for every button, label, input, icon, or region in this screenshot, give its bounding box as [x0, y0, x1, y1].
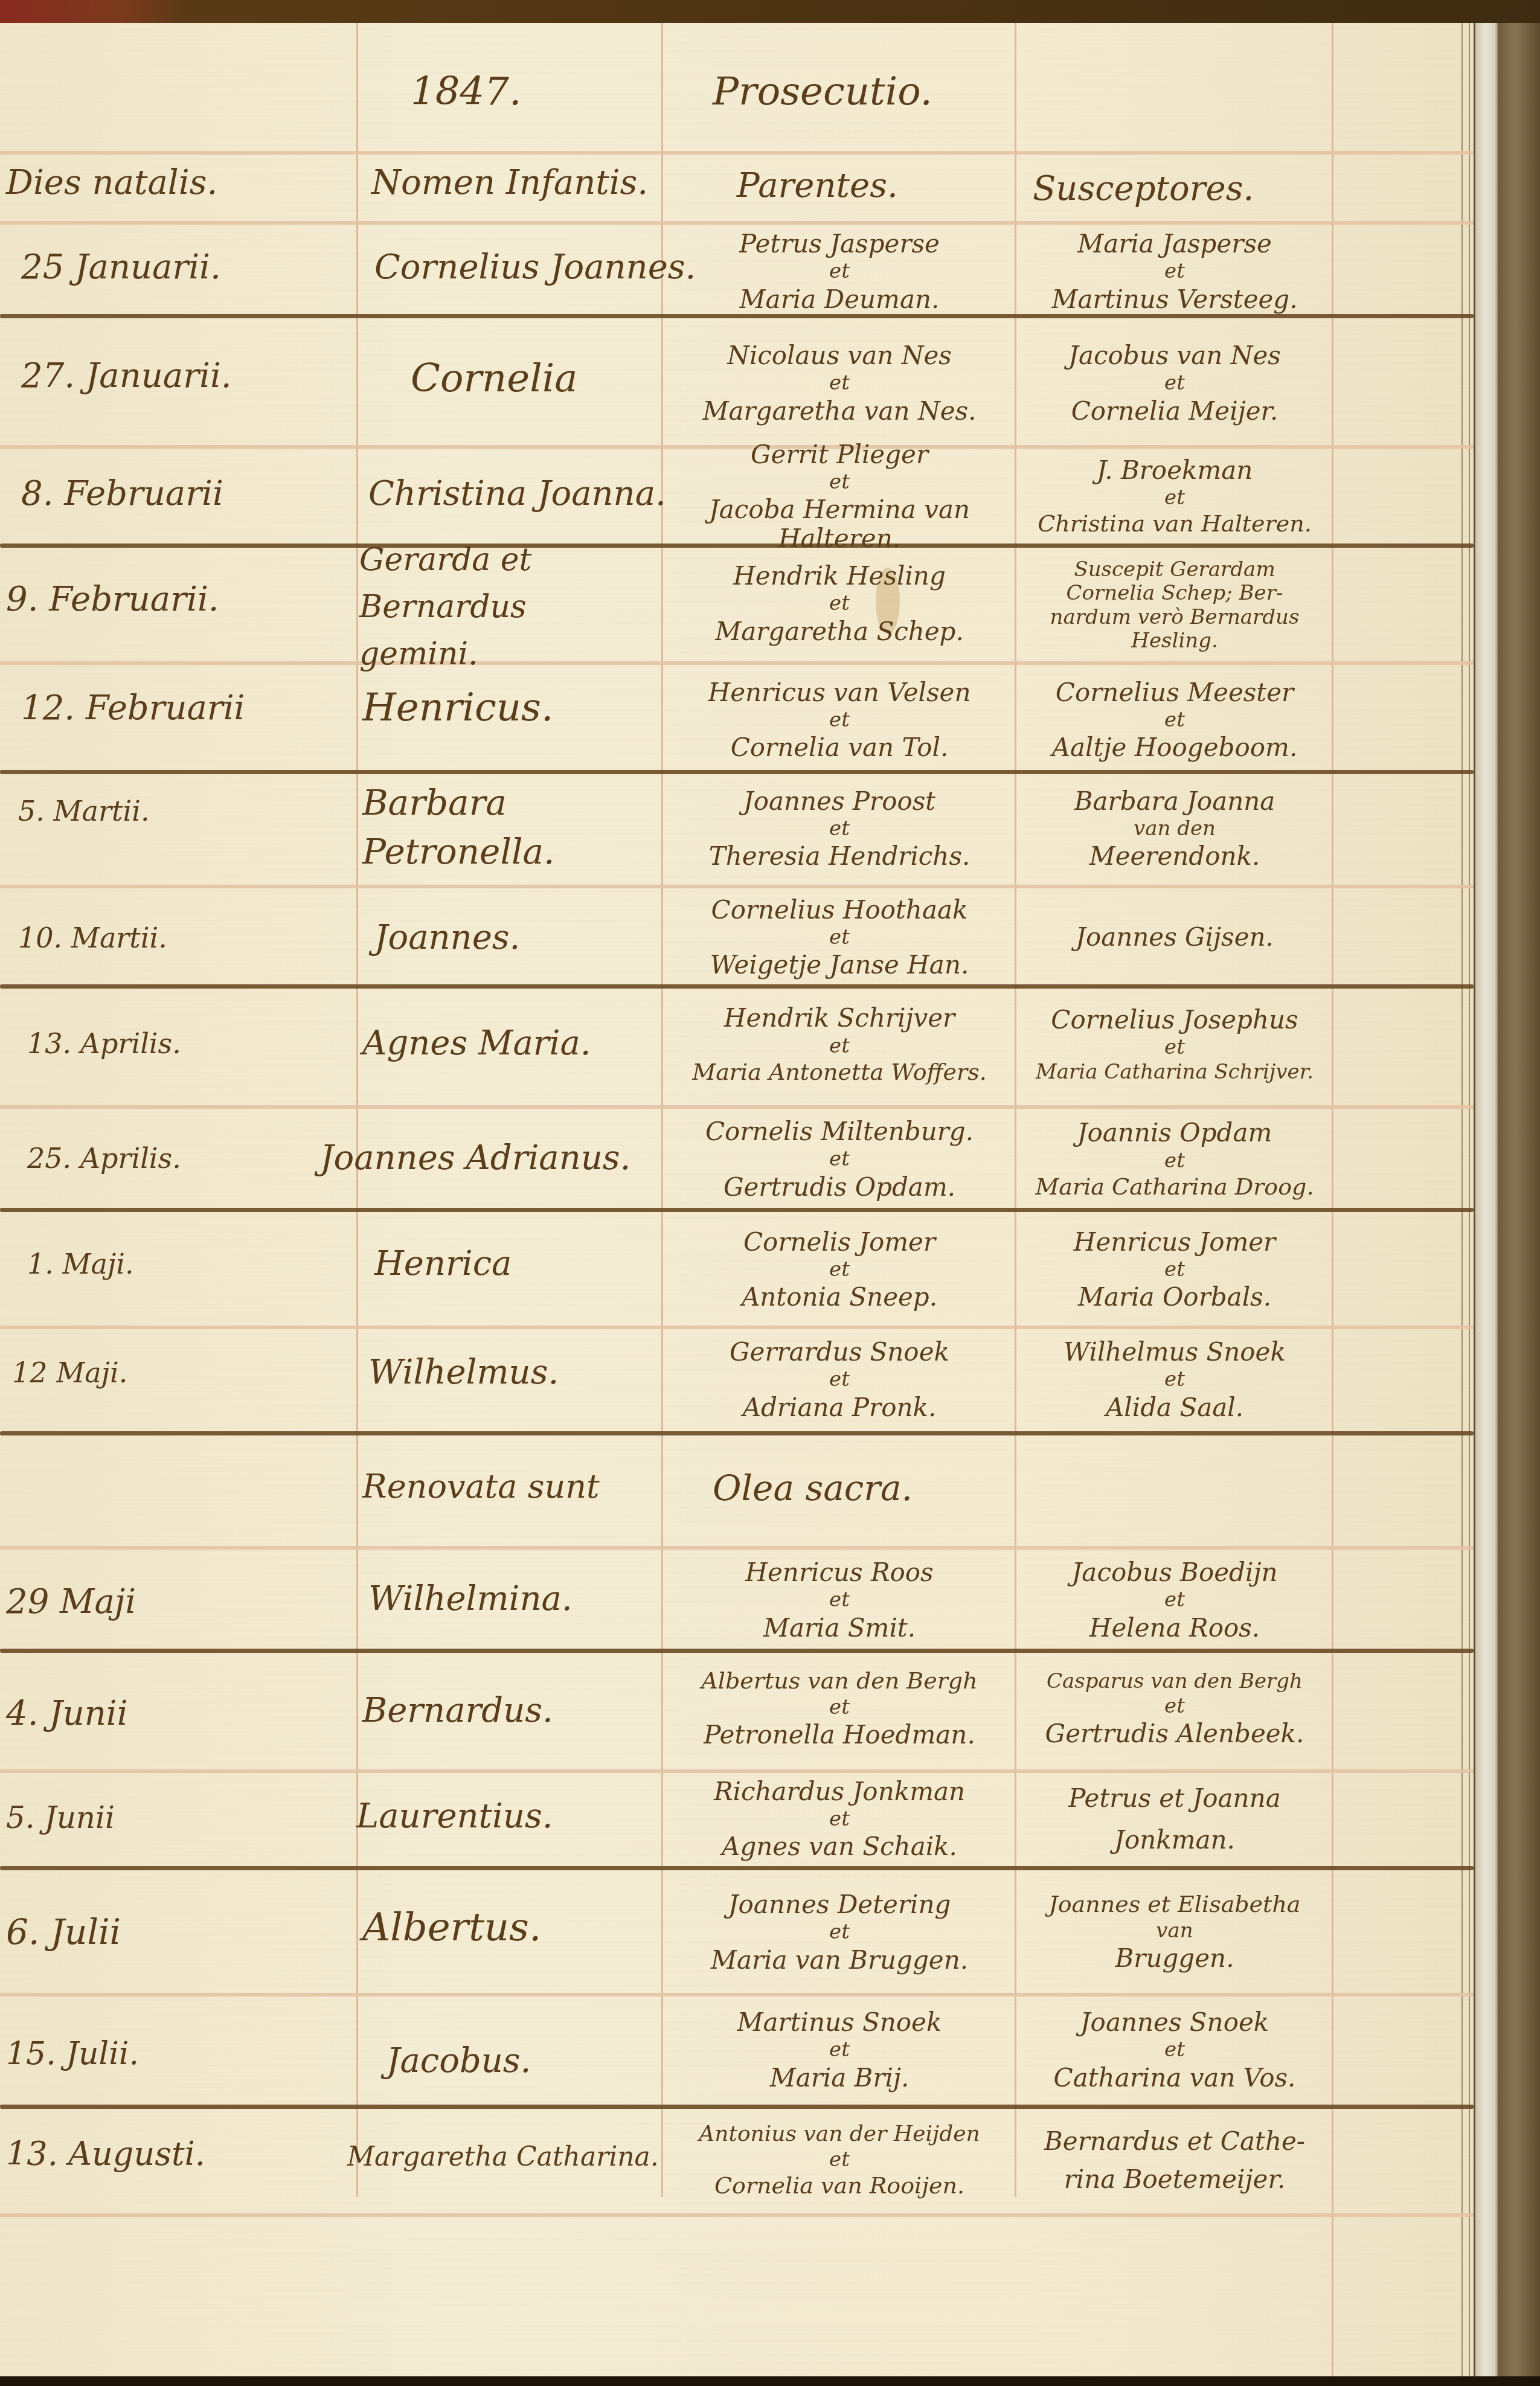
margin-rule: [1469, 23, 1470, 2376]
entry-sponsors: Casparus van den Bergh et Gertrudis Alen…: [1018, 1655, 1332, 1763]
conjunction: et: [1164, 1149, 1185, 1173]
infant-name: Barbara Petronella.: [362, 778, 556, 876]
entry-sponsors: Bernardus et Cathe- rina Boetemeijer.: [1018, 2111, 1332, 2210]
entry-sponsors: Joannes et Elisabetha van Bruggen.: [1018, 1872, 1332, 1993]
entry-infant-name: Wilhelmina.: [368, 1582, 573, 1616]
entry-parents: Henricus Roos et Maria Smit.: [664, 1555, 1015, 1646]
parent-mother: Cornelia van Rooijen.: [714, 2173, 964, 2199]
sponsor-note-3: nardum verò Bernardus: [1050, 606, 1300, 629]
parent-father: Cornelius Hoothaak: [711, 896, 968, 925]
title-year: 1847.: [411, 72, 521, 111]
parent-mother: Maria Antonetta Woffers.: [692, 1059, 986, 1086]
margin-rule: [1461, 23, 1463, 2376]
entry-sponsors: Wilhelmus Snoek et Alida Saal.: [1018, 1332, 1332, 1428]
entry-infant-name: Bernardus.: [362, 1694, 553, 1728]
entry-parents: Joannes Detering et Maria van Bruggen.: [664, 1872, 1015, 1993]
row-rule: [0, 445, 1474, 449]
entry-parents: Albertus van den Bergh et Petronella Hoe…: [664, 1655, 1015, 1763]
entry-date: 13. Aprilis.: [27, 1030, 181, 1057]
entry-date: 5. Martii.: [18, 797, 150, 825]
entry-sponsors: Jacobus Boedijn et Helena Roos.: [1018, 1555, 1332, 1646]
conjunction: et: [829, 2038, 850, 2062]
entry-date: 12 Maji.: [12, 1359, 127, 1387]
entry-separator: [0, 1866, 1474, 1870]
sponsor-1: Cornelius Meester: [1056, 678, 1294, 707]
parent-mother: Gertrudis Opdam.: [723, 1173, 955, 1202]
conjunction: et: [829, 2148, 850, 2172]
parent-mother: Maria Deuman.: [740, 285, 940, 314]
entry-infant-name: Henrica: [374, 1247, 512, 1281]
conjunction: et: [1164, 486, 1185, 510]
entry-infant-name: Cornelius Joannes.: [374, 251, 696, 284]
conjunction: et: [1164, 1368, 1185, 1391]
conjunction: et: [1164, 1036, 1185, 1059]
entry-sponsors: Barbara Joanna van den Meerendonk.: [1018, 776, 1332, 882]
column-rule: [1015, 23, 1016, 2197]
entry-sponsors: Jacobus van Nes et Cornelia Meijer.: [1018, 326, 1332, 441]
entry-infant-name: Barbara Petronella.: [362, 779, 661, 876]
entry-date: 1. Maji.: [27, 1250, 134, 1278]
entry-parents: Henricus van Velsen et Cornelia van Tol.: [664, 670, 1015, 770]
conjunction: et: [829, 1696, 850, 1719]
parent-father: Hendrik Hesling: [733, 562, 946, 591]
entry-infant-name: Albertus.: [362, 1908, 541, 1947]
entry-infant-name: Jacobus.: [387, 2044, 531, 2078]
parent-mother: Margaretha van Nes.: [703, 397, 977, 426]
entry-date: 8. Februarii: [21, 477, 223, 511]
column-rule: [1332, 23, 1333, 2376]
sponsor-2: Helena Roos.: [1089, 1614, 1260, 1643]
parent-mother: Margaretha Schep.: [715, 617, 964, 646]
parent-mother: Adriana Pronk.: [743, 1393, 937, 1422]
entry-parents: Cornelis Miltenburg. et Gertrudis Opdam.: [664, 1111, 1015, 1208]
parent-mother: Theresia Hendrichs.: [709, 842, 971, 871]
entry-parents: Petrus Jasperse et Maria Deuman.: [664, 229, 1015, 314]
entry-separator: [0, 2105, 1474, 2109]
sponsor-2: Maria Catharina Droog.: [1035, 1174, 1314, 1201]
entry-separator: [0, 544, 1474, 548]
sponsor-2: Martinus Versteeg.: [1051, 285, 1297, 314]
entry-sponsors: Joannis Opdam et Maria Catharina Droog.: [1018, 1111, 1332, 1208]
entry-sponsors: Cornelius Meester et Aaltje Hoogeboom.: [1018, 670, 1332, 770]
sponsor-1: Henricus Jomer: [1074, 1228, 1275, 1257]
parent-mother: Cornelia van Tol.: [731, 733, 949, 762]
sponsor-2: Alida Saal.: [1106, 1393, 1243, 1422]
parent-father: Gerrit Plieger: [751, 440, 928, 469]
entry-infant-name: Laurentius.: [356, 1800, 553, 1833]
entry-sponsors: Cornelius Josephus et Maria Catharina Sc…: [1018, 990, 1332, 1099]
entry-infant-name: Wilhelmus.: [368, 1356, 559, 1390]
entry-date: 25 Januarii.: [21, 251, 221, 284]
conjunction: et: [829, 260, 850, 283]
entry-parents: Gerrardus Snoek et Adriana Pronk.: [664, 1332, 1015, 1428]
sponsor-surname: Jonkman.: [1114, 1826, 1235, 1855]
parent-mother: Antonia Sneep.: [742, 1283, 937, 1312]
conjunction: et: [1164, 2038, 1185, 2062]
note-olea-sacra: Olea sacra.: [713, 1470, 913, 1506]
parent-mother: Maria Brij.: [770, 2064, 910, 2093]
twin-names: Gerarda et Bernardus gemini.: [359, 536, 649, 678]
sponsor-surname: Bruggen.: [1115, 1944, 1234, 1973]
conjunction: et: [829, 1368, 850, 1391]
conjunction: et: [1164, 1258, 1185, 1281]
entry-infant-name: Joannes Adrianus.: [320, 1141, 630, 1175]
conjunction: et: [1164, 708, 1185, 732]
entry-infant-name: Joannes.: [374, 921, 520, 955]
sponsor-1: Cornelius Josephus: [1051, 1005, 1298, 1034]
conjunction: et: [829, 1807, 850, 1831]
entry-date: 9. Februarii.: [6, 583, 219, 617]
entry-date: 10. Martii.: [18, 924, 167, 952]
sponsor-1: Jacobus van Nes: [1068, 341, 1281, 370]
entry-parents: Hendrik Hesling et Margaretha Schep.: [664, 550, 1015, 658]
entry-sponsors: Petrus et Joanna Jonkman.: [1018, 1775, 1332, 1863]
sponsor-1: Joannes Gijsen.: [1076, 923, 1274, 952]
parent-father: Martinus Snoek: [737, 2008, 942, 2037]
conjunction: et: [1164, 371, 1185, 395]
parent-father: Joannes Detering: [728, 1890, 951, 1919]
conjunction: et: [829, 817, 850, 841]
parent-mother: Maria van Bruggen.: [711, 1946, 968, 1975]
entry-date: 13. Augusti.: [6, 2138, 205, 2170]
sponsor-2: Maria Oorbals.: [1078, 1283, 1271, 1312]
conjunction: et: [829, 1920, 850, 1944]
entry-date: 6. Julii: [6, 1914, 121, 1949]
title-prosecutio: Prosecutio.: [713, 72, 932, 111]
column-rule: [661, 23, 663, 2197]
entry-date: 29 Maji: [6, 1585, 136, 1619]
header-dies-natalis: Dies natalis.: [6, 166, 217, 200]
entry-infant-name: Henricus.: [362, 688, 553, 727]
conjunction: et: [829, 926, 850, 949]
entry-infant-name: Cornelia: [411, 359, 577, 398]
sponsor-1: Joannis Opdam: [1077, 1118, 1272, 1147]
parent-father: Nicolaus van Nes: [727, 341, 952, 370]
sponsor-1: Petrus et Joanna: [1068, 1784, 1281, 1813]
entry-sponsors: Joannes Snoek et Catharina van Vos.: [1018, 1999, 1332, 2102]
entry-parents: Gerrit Plieger et Jacoba Hermina van Hal…: [664, 450, 1015, 544]
sponsor-1: Joannes Snoek: [1080, 2008, 1269, 2037]
row-rule: [0, 2213, 1474, 2217]
sponsor-1: Jacobus Boedijn: [1072, 1558, 1278, 1587]
parent-father: Richardus Jonkman: [714, 1777, 965, 1806]
sponsor-note-1: Suscepit Gerardam: [1074, 558, 1275, 582]
sponsor-2: Catharina van Vos.: [1054, 2064, 1296, 2093]
parent-father: Henricus Roos: [745, 1558, 933, 1587]
entry-date: 4. Junii: [6, 1697, 128, 1731]
book-top-edge: [0, 0, 1540, 24]
conjunction: et: [1164, 1588, 1185, 1612]
sponsor-2: rina Boetemeijer.: [1064, 2165, 1286, 2194]
entry-parents: Hendrik Schrijver et Maria Antonetta Wof…: [664, 990, 1015, 1099]
sponsor-note-2: Cornelia Schep; Ber-: [1067, 582, 1283, 605]
row-rule: [0, 1993, 1474, 1996]
entry-date: 15. Julii.: [6, 2038, 139, 2070]
conjunction: et: [829, 1588, 850, 1612]
conjunction: et: [829, 470, 850, 494]
sponsor-note-4: Hesling.: [1131, 629, 1218, 653]
entry-date: 5. Junii: [6, 1803, 115, 1833]
sponsor-2: Aaltje Hoogeboom.: [1052, 733, 1298, 762]
entry-separator: [0, 314, 1474, 318]
parent-father: Antonius van der Heijden: [699, 2121, 980, 2146]
entry-parents: Antonius van der Heijden et Cornelia van…: [664, 2111, 1015, 2210]
entry-parents: Richardus Jonkman et Agnes van Schaik.: [664, 1775, 1015, 1863]
entry-separator: [0, 1649, 1474, 1653]
parent-father: Cornelis Miltenburg.: [705, 1117, 974, 1146]
sponsor-1: Bernardus et Cathe-: [1044, 2127, 1305, 2156]
parent-father: Hendrik Schrijver: [724, 1004, 955, 1033]
entry-infant-name: Gerarda et Bernardus gemini.: [359, 556, 661, 658]
entry-infant-name: Agnes Maria.: [362, 1027, 591, 1060]
header-parentes: Parentes.: [737, 169, 898, 203]
conjunction: et: [829, 1034, 850, 1058]
sponsor-particle: van: [1156, 1919, 1193, 1943]
entry-parents: Joannes Proost et Theresia Hendrichs.: [664, 776, 1015, 882]
entry-date: 12. Februarii: [21, 691, 245, 725]
entry-date: 27. Januarii.: [21, 359, 232, 393]
sponsor-2: Christina van Halteren.: [1038, 511, 1312, 537]
row-rule: [0, 151, 1474, 155]
entry-sponsors: Maria Jasperse et Martinus Versteeg.: [1018, 229, 1332, 314]
sponsor-1: Wilhelmus Snoek: [1064, 1338, 1286, 1367]
entry-separator: [0, 984, 1474, 989]
entry-parents: Martinus Snoek et Maria Brij.: [664, 1999, 1015, 2102]
sponsor-2: Maria Catharina Schrijver.: [1036, 1060, 1314, 1084]
row-rule: [0, 885, 1474, 888]
parent-father: Cornelis Jomer: [743, 1228, 935, 1257]
header-nomen-infantis: Nomen Infantis.: [371, 166, 648, 200]
entry-sponsors: Henricus Jomer et Maria Oorbals.: [1018, 1217, 1332, 1323]
conjunction: et: [829, 1258, 850, 1281]
parent-father: Albertus van den Bergh: [701, 1668, 977, 1695]
conjunction: et: [829, 708, 850, 732]
conjunction: et: [829, 1147, 850, 1171]
entry-date: 25. Aprilis.: [27, 1144, 181, 1172]
row-rule: [0, 1105, 1474, 1109]
entry-infant-name: Margaretha Catharina.: [347, 2144, 659, 2170]
entry-sponsors: Suscepit Gerardam Cornelia Schep; Ber- n…: [1018, 550, 1332, 661]
parent-father: Gerrardus Snoek: [730, 1338, 949, 1367]
parent-father: Joannes Proost: [743, 787, 935, 816]
parent-father: Petrus Jasperse: [739, 229, 940, 258]
parent-mother: Maria Smit.: [763, 1614, 916, 1643]
row-rule: [0, 1769, 1474, 1773]
sponsor-surname: Meerendonk.: [1089, 842, 1260, 871]
book-bottom-edge: [0, 2376, 1540, 2386]
entry-separator: [0, 1208, 1474, 1212]
row-rule: [0, 661, 1474, 665]
parent-father: Henricus van Velsen: [708, 678, 971, 707]
note-renovata-sunt: Renovata sunt: [362, 1470, 600, 1503]
parent-mother: Jacoba Hermina van: [709, 495, 970, 524]
conjunction: et: [829, 592, 850, 615]
sponsor-particle: van den: [1134, 817, 1216, 841]
parent-mother: Weigetje Janse Han.: [710, 951, 969, 980]
entry-infant-name: Christina Joanna.: [368, 477, 666, 511]
sponsor-2: Gertrudis Alenbeek.: [1045, 1719, 1304, 1748]
book-binding: [1498, 23, 1540, 2376]
row-rule: [0, 221, 1474, 225]
row-rule: [0, 1546, 1474, 1550]
conjunction: et: [829, 371, 850, 395]
conjunction: et: [1164, 260, 1185, 283]
parent-mother: Agnes van Schaik.: [722, 1832, 957, 1861]
entry-separator: [0, 770, 1474, 774]
entry-sponsors: J. Broekman et Christina van Halteren.: [1018, 450, 1332, 544]
entry-parents: Cornelius Hoothaak et Weigetje Janse Han…: [664, 891, 1015, 984]
sponsor-2: Cornelia Meijer.: [1071, 397, 1279, 426]
entry-parents: Nicolaus van Nes et Margaretha van Nes.: [664, 326, 1015, 441]
entry-sponsors: Joannes Gijsen.: [1018, 891, 1332, 984]
row-rule: [0, 1326, 1474, 1329]
entry-separator: [0, 1431, 1474, 1435]
sponsor-1: Joannes et Elisabetha: [1048, 1891, 1300, 1918]
header-susceptores: Susceptores.: [1033, 172, 1254, 206]
page-fold-edge: [1474, 23, 1500, 2376]
parent-mother: Petronella Hoedman.: [704, 1721, 975, 1749]
sponsor-1: Maria Jasperse: [1077, 229, 1272, 258]
column-rule: [356, 23, 358, 2197]
sponsor-1: J. Broekman: [1097, 456, 1253, 485]
sponsor-1: Barbara Joanna: [1074, 787, 1275, 816]
entry-parents: Cornelis Jomer et Antonia Sneep.: [664, 1217, 1015, 1323]
sponsor-1: Casparus van den Bergh: [1047, 1670, 1303, 1693]
conjunction: et: [1164, 1695, 1185, 1718]
